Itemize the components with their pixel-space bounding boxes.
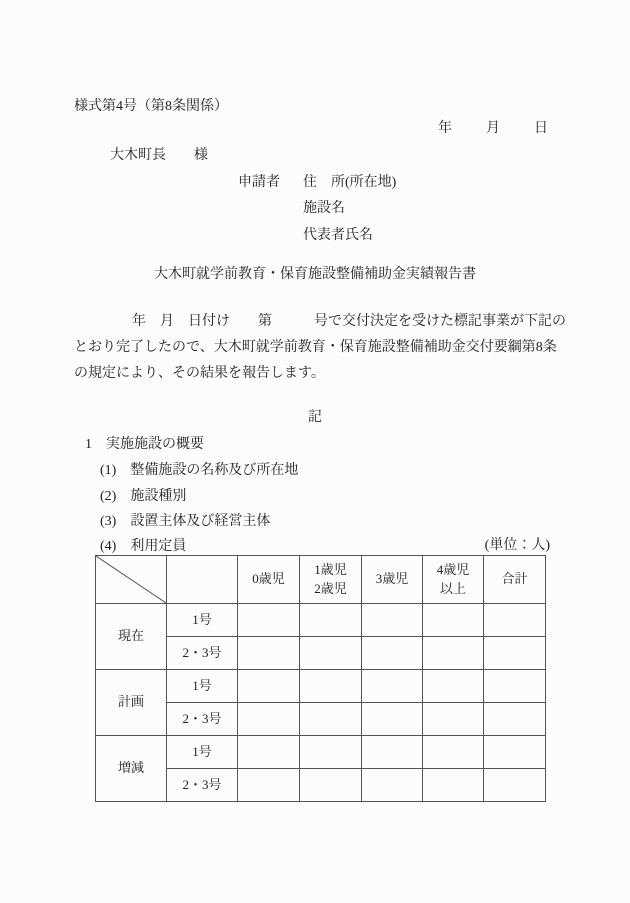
applicant-address-label: 住 所(所在地)	[303, 175, 396, 191]
capacity-cell	[300, 703, 362, 736]
capacity-cell	[300, 736, 362, 769]
diagonal-line	[96, 556, 166, 603]
table-row-change-1: 増減 1号	[96, 736, 546, 769]
row-group-label-change: 増減	[96, 736, 167, 802]
row-sub-label: 1号	[167, 604, 238, 637]
capacity-cell	[238, 769, 300, 802]
capacity-cell	[423, 670, 484, 703]
capacity-cell	[362, 769, 423, 802]
table-header-row: 0歳児 1歳児 2歳児 3歳児 4歳児 以上 合計	[96, 556, 546, 604]
capacity-cell	[362, 736, 423, 769]
capacity-cell	[484, 670, 546, 703]
capacity-cell	[484, 769, 546, 802]
report-document-page: 様式第4号（第8条関係） 年 月 日 大木町長 様 申請者 住 所(所在地) 施…	[0, 0, 630, 903]
subcategory-header-cell	[167, 556, 238, 604]
capacity-cell	[362, 670, 423, 703]
row-sub-label: 2・3号	[167, 637, 238, 670]
capacity-cell	[484, 703, 546, 736]
row-sub-label: 2・3号	[167, 703, 238, 736]
capacity-cell	[238, 604, 300, 637]
row-sub-label: 1号	[167, 736, 238, 769]
capacity-cell	[300, 604, 362, 637]
unit-note: (単位：人)	[485, 538, 550, 554]
row-group-label-current: 現在	[96, 604, 167, 670]
table-row-current-1: 現在 1号	[96, 604, 546, 637]
column-header-age3: 3歳児	[362, 556, 423, 604]
capacity-cell	[362, 637, 423, 670]
record-heading: 記	[0, 410, 630, 426]
capacity-cell	[300, 637, 362, 670]
row-group-label-plan: 計画	[96, 670, 167, 736]
column-header-age4plus: 4歳児 以上	[423, 556, 484, 604]
capacity-cell	[423, 736, 484, 769]
addressee-line: 大木町長 様	[110, 148, 208, 164]
column-header-age0: 0歳児	[238, 556, 300, 604]
body-line-1: 年 月 日付け 第 号で交付決定を受けた標記事業が下記の	[132, 314, 566, 330]
body-line-2: とおり完了したので、大木町就学前教育・保育施設整備補助金交付要綱第8条	[74, 340, 557, 356]
column-header-age1-2: 1歳児 2歳児	[300, 556, 362, 604]
column-header-total: 合計	[484, 556, 546, 604]
section-item-4: (4) 利用定員	[100, 539, 186, 555]
section-item-3: (3) 設置主体及び経営主体	[100, 514, 270, 530]
section-1-heading: 1 実施施設の概要	[85, 437, 204, 453]
capacity-cell	[238, 703, 300, 736]
diagonal-header-cell	[96, 556, 167, 604]
capacity-table: 0歳児 1歳児 2歳児 3歳児 4歳児 以上 合計 現在 1号 2・3号	[95, 555, 546, 802]
section-item-1: (1) 整備施設の名称及び所在地	[100, 463, 298, 479]
capacity-cell	[423, 604, 484, 637]
capacity-cell	[238, 670, 300, 703]
applicant-label: 申請者	[238, 175, 280, 191]
document-title: 大木町就学前教育・保育施設整備補助金実績報告書	[0, 267, 630, 283]
facility-name-label: 施設名	[303, 201, 345, 217]
capacity-cell	[484, 637, 546, 670]
capacity-cell	[362, 604, 423, 637]
capacity-cell	[238, 736, 300, 769]
capacity-cell	[484, 604, 546, 637]
section-item-2: (2) 施設種別	[100, 489, 186, 505]
capacity-cell	[423, 769, 484, 802]
representative-name-label: 代表者氏名	[303, 228, 373, 244]
capacity-cell	[423, 703, 484, 736]
capacity-cell	[300, 670, 362, 703]
capacity-cell	[484, 736, 546, 769]
capacity-cell	[300, 769, 362, 802]
capacity-cell	[423, 637, 484, 670]
form-number: 様式第4号（第8条関係）	[74, 99, 228, 115]
capacity-cell	[238, 637, 300, 670]
date-blank-line: 年 月 日	[438, 121, 550, 137]
body-line-3: の規定により、その結果を報告します。	[74, 366, 325, 382]
row-sub-label: 1号	[167, 670, 238, 703]
capacity-cell	[362, 703, 423, 736]
row-sub-label: 2・3号	[167, 769, 238, 802]
table-row-plan-1: 計画 1号	[96, 670, 546, 703]
